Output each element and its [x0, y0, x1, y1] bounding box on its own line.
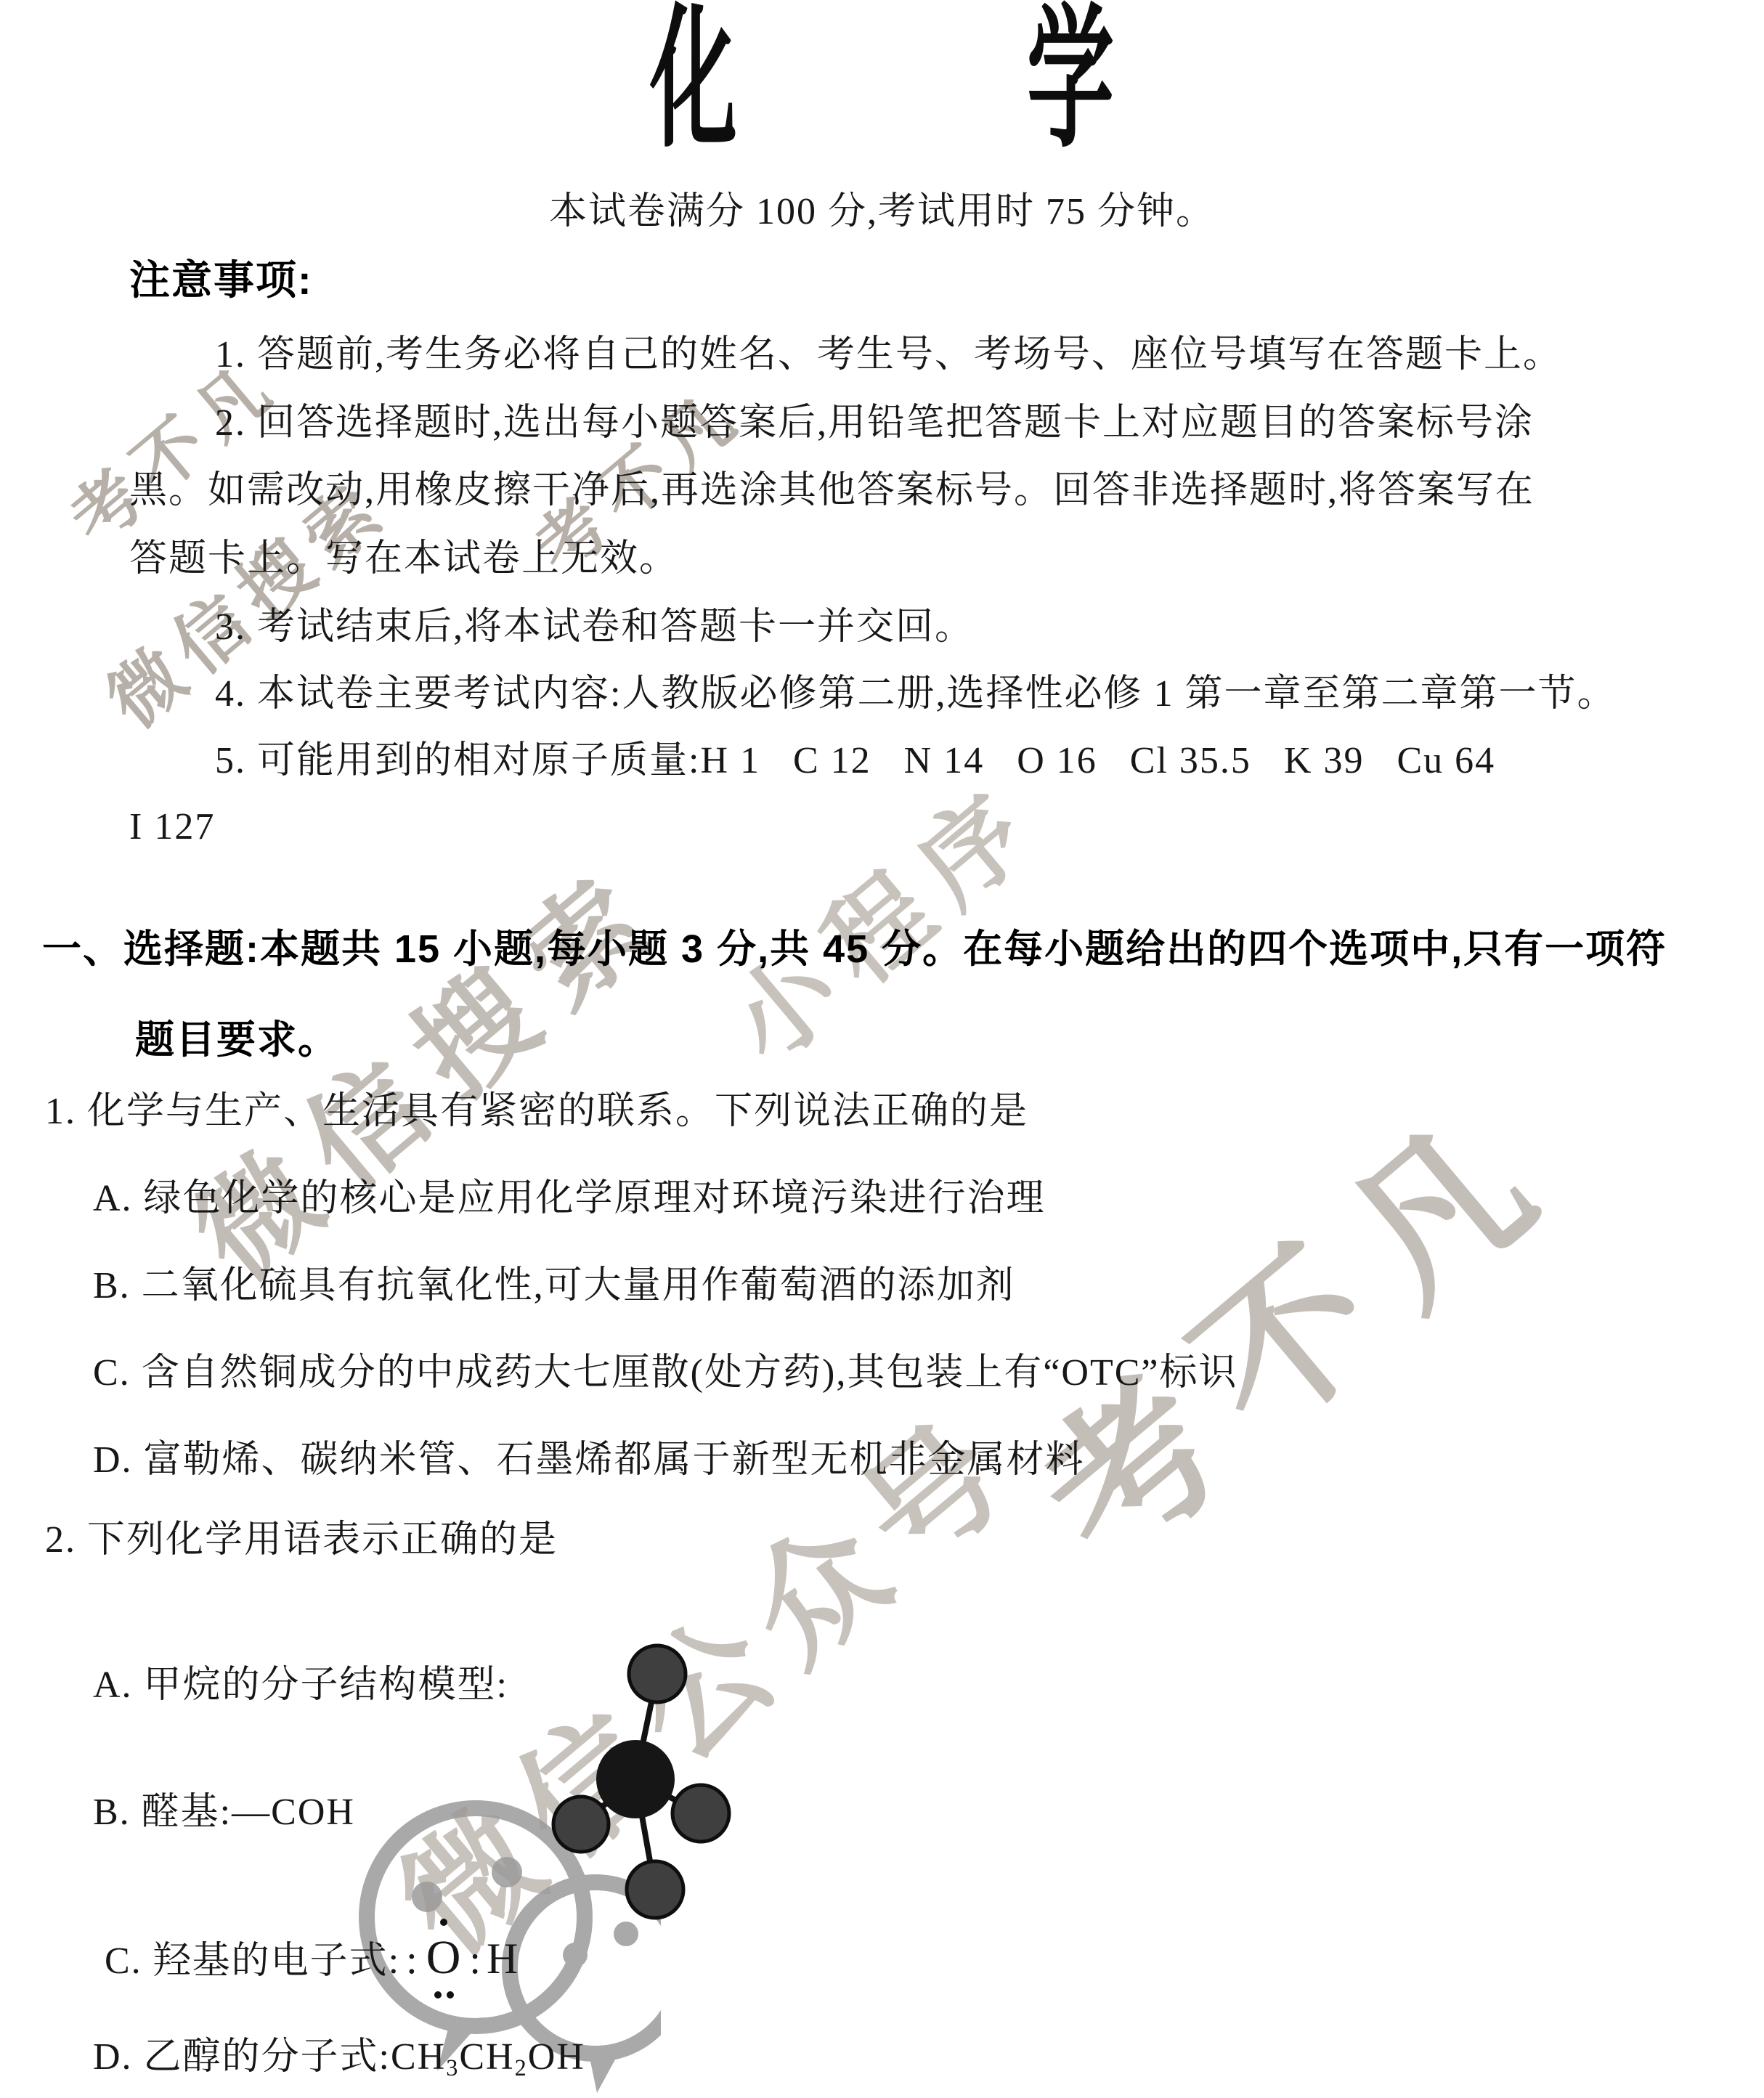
notice-line-atomic-masses: I 127 — [129, 805, 215, 850]
formula-part: CH — [459, 2036, 514, 2078]
title-char: 化 — [650, 4, 737, 158]
formula-subscript: 2 — [515, 2054, 528, 2081]
question-2-stem: 2. 下列化学用语表示正确的是 — [45, 1518, 558, 1563]
hydrogen-atom — [629, 1646, 686, 1702]
question-2-option-c: C. 羟基的电子式::O:H — [93, 1917, 518, 1985]
bond-pair-colon: : — [463, 1937, 487, 1983]
notice-line: 2. 回答选择题时,选出每小题答案后,用铅笔把答题卡上对应题目的答案标号涂 — [215, 401, 1534, 446]
section-heading-line1: 一、选择题:本题共 15 小题,每小题 3 分,共 45 分。在每小题给出的四个… — [42, 926, 1667, 973]
question-1-option-b: B. 二氧化硫具有抗氧化性,可大量用作葡萄酒的添加剂 — [93, 1264, 1015, 1309]
question-2-option-a-label: A. 甲烷的分子结构模型: — [93, 1663, 508, 1708]
logo-eye — [412, 1882, 442, 1912]
lone-pair-dot — [440, 1919, 447, 1926]
lone-pair-dot — [447, 1991, 454, 1999]
watermark-text: 小程序 — [694, 743, 1068, 1090]
title-char: 学 — [1027, 4, 1114, 158]
logo-eye — [492, 1857, 522, 1887]
question-1-option-a: A. 绿色化学的核心是应用化学原理对环境污染进行治理 — [93, 1176, 1046, 1221]
question-1-option-c: C. 含自然铜成分的中成药大七厘散(处方药),其包装上有“OTC”标识 — [93, 1351, 1237, 1396]
watermark-text: 考不凡 — [982, 1035, 1597, 1606]
notice-heading: 注意事项: — [129, 256, 313, 304]
question-1-stem: 1. 化学与生产、生活具有紧密的联系。下列说法正确的是 — [45, 1089, 1028, 1134]
notice-line: 黑。如需改动,用橡皮擦干净后,再选涂其他答案标号。回答非选择题时,将答案写在 — [129, 468, 1535, 513]
page-title: 化 学 — [0, 4, 1764, 150]
question-2-option-b: B. 醛基:—COH — [93, 1790, 355, 1835]
hydroxyl-electron-dot-formula: :O:H — [400, 1930, 518, 1985]
methane-ball-and-stick-model — [548, 1630, 759, 1943]
watermark-text: 微信搜索 — [154, 818, 696, 1311]
question-2-option-d: D. 乙醇的分子式:CH3CH2OH — [93, 2035, 585, 2082]
hydrogen-atom — [672, 1785, 729, 1842]
logo-eye — [563, 1943, 588, 1967]
lone-pair-colon: : — [400, 1937, 423, 1983]
exam-subtitle: 本试卷满分 100 分,考试用时 75 分钟。 — [0, 180, 1764, 235]
question-1-option-d: D. 富勒烯、碳纳米管、石墨烯都属于新型无机非金属材料 — [93, 1438, 1085, 1483]
exam-paper-page: 考不凡 微信搜索 考不凡 微信搜索 小程序 考不凡 微信公众号 化 学 本试卷满… — [0, 0, 1764, 2098]
hydrogen-atom — [553, 1797, 609, 1852]
question-2-option-c-label: C. 羟基的电子式: — [105, 1940, 400, 1982]
hydrogen-atom — [627, 1861, 683, 1918]
oxygen-symbol: O — [423, 1930, 464, 1985]
carbon-atom — [596, 1740, 675, 1818]
formula-part: D. 乙醇的分子式:CH — [93, 2036, 446, 2078]
section-heading-line2: 题目要求。 — [135, 1017, 338, 1064]
hydrogen-symbol: H — [487, 1934, 518, 1984]
notice-line-atomic-masses: 5. 可能用到的相对原子质量:H 1 C 12 N 14 O 16 Cl 35.… — [215, 739, 1495, 784]
notice-line: 答题卡上。写在本试卷上无效。 — [129, 537, 678, 582]
notice-line: 4. 本试卷主要考试内容:人教版必修第二册,选择性必修 1 第一章至第二章第一节… — [215, 672, 1616, 717]
notice-line: 1. 答题前,考生务必将自己的姓名、考生号、考场号、座位号填写在答题卡上。 — [215, 333, 1562, 378]
logo-small-bubble-tail — [588, 2045, 623, 2093]
formula-subscript: 3 — [446, 2054, 459, 2081]
notice-line: 3. 考试结束后,将本试卷和答题卡一并交回。 — [215, 605, 974, 650]
formula-part: OH — [528, 2036, 585, 2078]
